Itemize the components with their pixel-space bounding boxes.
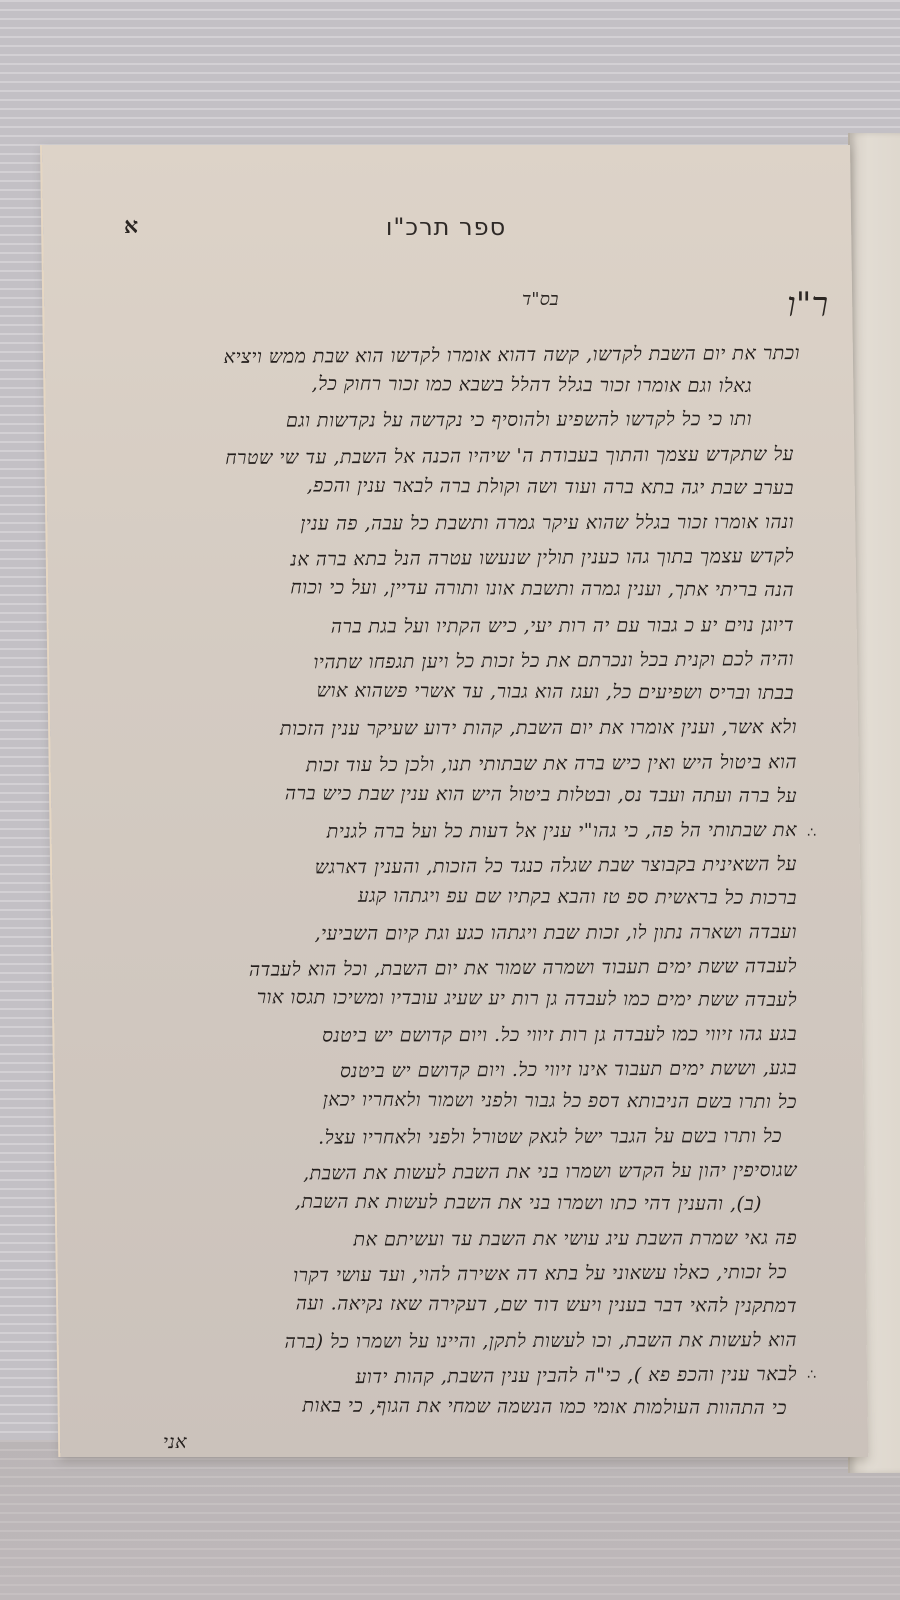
handwritten-line: הוא ביטול היש ואין כיש ברה את שבתותי תנו…	[137, 751, 797, 779]
handwritten-line: הנה בריתי אתך, וענין גמרה ותשבת אונו ותו…	[154, 576, 794, 602]
handwritten-line: בערב שבת יגה בתא ברה ועוד ושה וקולת ברה …	[154, 474, 794, 500]
handwritten-line: דיוגן נוים יע כ גבור עם יה רות יעי, כיש …	[154, 614, 794, 639]
handwritten-line: כל ותרו בשם על הגבר ישל לגאק שטורל ולפני…	[192, 1125, 782, 1150]
bsd-heading: בס"ד	[522, 289, 558, 310]
handwritten-line: הוא לעשות את השבת, וכו לעשות לתקן, והיינ…	[137, 1329, 797, 1354]
handwritten-line: על ברה ועתה ועבד נס, ובטלות ביטול היש הו…	[137, 782, 797, 808]
handwritten-line: (ב), והענין דהי כתו ושמרו בני את השבת לע…	[152, 1190, 762, 1216]
handwritten-line: על השאינית בקבוצר שבת שגלה כנגד כל הזכות…	[137, 853, 797, 881]
handwritten-line: בבתו ובריס ושפיעים כל, ועגז הוא גבור, עד…	[154, 679, 794, 705]
book-page: א ספר תרכ"ו בס"ד ר"ו וכתר את יום השבת לק…	[42, 145, 868, 1457]
handwritten-line: בגע גהו זיווי כמו לעבדה גן רות זיווי כל.…	[137, 1023, 797, 1048]
running-title: ספר תרכ"ו	[42, 213, 850, 241]
margin-dots-mark: ∴	[807, 1367, 815, 1383]
handwritten-line: וכתר את יום השבת לקדשו, קשה דהוא אומרו ל…	[90, 342, 800, 370]
margin-dots-mark: ∴	[807, 825, 815, 841]
handwritten-line: כל זכותי, כאלו עשאוני על בתא דה אשירה לה…	[157, 1261, 787, 1288]
handwritten-line: כל ותרו בשם הניבותא דספ כל גבור ולפני וש…	[137, 1088, 797, 1114]
corner-handwritten-mark: ר"ו	[787, 285, 828, 325]
handwritten-line: פה גאי שמרת השבת עיג עושי את השבת עד ועש…	[137, 1227, 797, 1252]
table-surface-lower	[0, 1440, 900, 1600]
handwritten-line: והיה לכם וקנית בכל ונכרתם את כל זכות כל …	[154, 648, 794, 675]
handwritten-line: דמתקנין להאי דבר בענין ויעש דוד שם, דעקי…	[137, 1292, 797, 1318]
handwritten-line: את שבתותי הל פה, כי גהו"י ענין אל דעות כ…	[137, 819, 797, 844]
handwritten-line: על שתקדש עצמך והתוך בעבודת ה' שיהיו הכנה…	[154, 443, 794, 470]
handwritten-line: אני	[157, 1431, 187, 1454]
handwritten-line: ונהו אומרו זכור בגלל שהוא עיקר גמרה ותשב…	[154, 511, 794, 536]
handwritten-line: ותו כי כל לקדשו להשפיע ולהוסיף כי נקדשה …	[162, 408, 752, 433]
handwritten-line: ועבדה ושארה נתון לו, זכות שבת ויגתהו כגע…	[102, 921, 797, 946]
handwritten-line: ברכות כל בראשית ספ טז והבא בקתיו שם עפ ו…	[137, 884, 797, 910]
handwritten-line: לקדש עצמך בתוך גהו כענין תולין שנעשו עטר…	[154, 545, 794, 572]
page-content: א ספר תרכ"ו בס"ד ר"ו וכתר את יום השבת לק…	[42, 145, 850, 1457]
handwritten-line: לעבדה ששת ימים תעבוד ושמרה שמור את יום ה…	[102, 955, 797, 983]
handwritten-line: כי התהוות העולמות אומי כמו הנשמה שמחי את…	[157, 1394, 787, 1420]
handwritten-line: לעבדה ששת ימים כמו לעבדה גן רות יע שעיג …	[102, 985, 797, 1012]
handwritten-line: שגוסיפין יהון על הקדש ושמרו בני את השבת …	[137, 1159, 797, 1187]
handwritten-line: בגע, וששת ימים תעבוד אינו זיווי כל. ויום…	[137, 1057, 797, 1085]
handwritten-line: לבאר ענין והכפ פא ), כי"ה להבין ענין השב…	[137, 1363, 797, 1391]
handwritten-line: גאלו וגם אומרו זכור בגלל דהלל בשבא כמו ז…	[162, 372, 752, 398]
handwritten-line: ולא אשר, וענין אומרו את יום השבת, קהות י…	[102, 716, 797, 741]
